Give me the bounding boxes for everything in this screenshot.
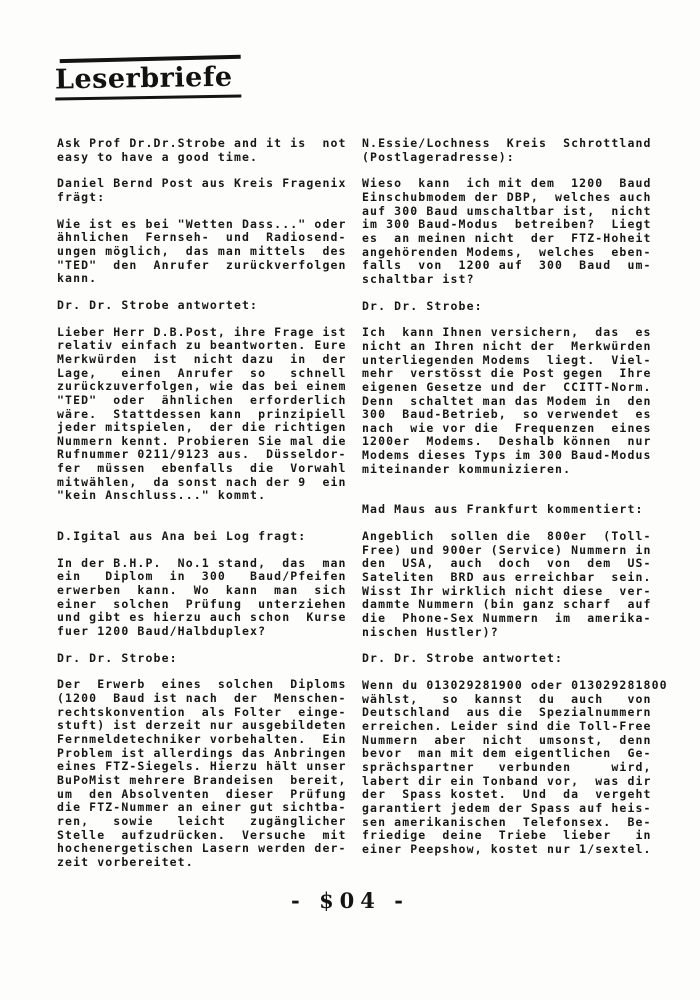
right-column: N.Essie/Lochness Kreis Schrottland (Post… <box>362 137 662 870</box>
page-title: Leserbriefe <box>55 62 241 97</box>
answer-2-heading: Dr. Dr. Strobe: <box>57 652 349 666</box>
page-header: Leserbriefe <box>55 56 242 101</box>
question-1-heading: Daniel Bernd Post aus Kreis Fragenix frä… <box>57 177 349 204</box>
question-3-heading: N.Essie/Lochness Kreis Schrottland (Post… <box>362 137 662 164</box>
page-number: - $04 - <box>0 888 700 913</box>
answer-3-heading: Dr. Dr. Strobe: <box>362 300 662 314</box>
question-2-heading: D.Igital aus Ana bei Log fragt: <box>57 530 349 544</box>
answer-3-text: Ich kann Ihnen versichern, das es nicht … <box>362 326 662 476</box>
answer-2-text: Der Erwerb eines solchen Diploms (1200 B… <box>57 678 349 869</box>
left-column: Ask Prof Dr.Dr.Strobe and it is not easy… <box>57 137 349 883</box>
question-1-text: Wie ist es bei "Wetten Dass..." oder ähn… <box>57 218 349 286</box>
answer-4-heading: Dr. Dr. Strobe antwortet: <box>362 652 662 666</box>
answer-1-heading: Dr. Dr. Strobe antwortet: <box>57 299 349 313</box>
answer-1-text: Lieber Herr D.B.Post, ihre Frage ist rel… <box>57 326 349 504</box>
comment-heading: Mad Maus aus Frankfurt kommentiert: <box>362 503 662 517</box>
scanned-page: Leserbriefe Ask Prof Dr.Dr.Strobe and it… <box>0 0 700 1000</box>
question-2-text: In der B.H.P. No.1 stand, das man ein Di… <box>57 557 349 639</box>
intro-note: Ask Prof Dr.Dr.Strobe and it is not easy… <box>57 137 349 164</box>
comment-text: Angeblich sollen die 800er (Toll- Free) … <box>362 530 662 639</box>
question-3-text: Wieso kann ich mit dem 1200 Baud Einschu… <box>362 177 662 286</box>
answer-4-text: Wenn du 013029281900 oder 013029281800 w… <box>362 679 662 857</box>
